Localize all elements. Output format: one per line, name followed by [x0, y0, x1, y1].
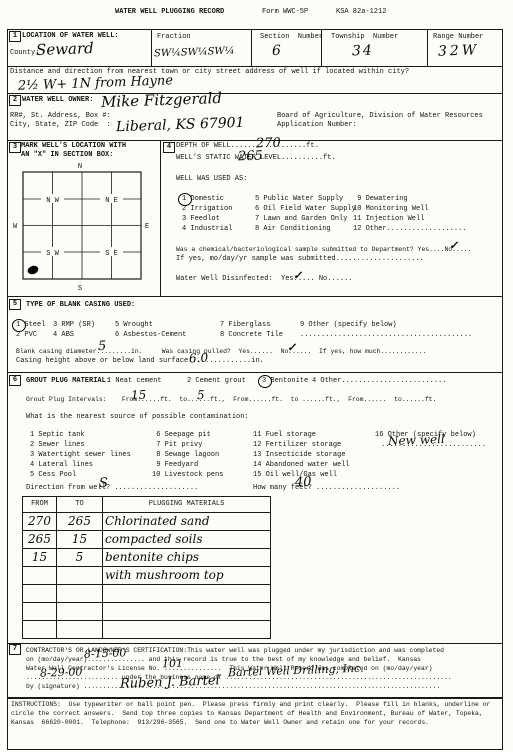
contractor-license-number: 101 [162, 658, 183, 670]
county-value: Seward [36, 41, 94, 58]
table-row [23, 621, 271, 639]
casing-option: 6 Asbestos-Cement [115, 331, 186, 340]
divider-distance [7, 93, 502, 94]
grid-lines [23, 172, 141, 279]
contam-option: 8 Sewage lagoon [152, 451, 219, 460]
contam-option: 2 Sewer lines [30, 441, 85, 450]
casing-diameter-value: 5 [98, 340, 107, 353]
divider-sec1 [7, 66, 502, 67]
contam-option: 13 Insecticide storage [253, 451, 345, 460]
circled-casing-steel [12, 319, 26, 332]
divider-sec5 [7, 372, 502, 373]
casing-option: 7 Fiberglass [220, 321, 270, 330]
quadrant-sw-label: S W [46, 250, 59, 258]
divider-sec2 [7, 140, 502, 141]
use-option: 9 Dewatering [353, 195, 408, 204]
cell-to: 265 [68, 514, 91, 528]
compass-n-label: N [78, 163, 82, 171]
casing-diameter-line: Blank casing diameter.........in. Was ca… [16, 347, 426, 356]
how-many-feet-value: 40 [295, 476, 312, 490]
sec1-cell-divider-2 [251, 29, 252, 66]
casing-other-dots: ........................................… [300, 331, 472, 340]
col-header-to: TO [57, 497, 103, 513]
form-statute: KSA 82a-1212 [336, 8, 386, 17]
use-option: 3 Feedlot [182, 215, 220, 224]
casing-option: 5 Wrought [115, 321, 153, 330]
range-number-label: Range Number [433, 33, 483, 42]
plugging-completed-date: 8-15-00 [84, 647, 127, 659]
use-option: 12 Other................... [353, 225, 466, 234]
contam-option: 14 Abandoned water well [253, 461, 350, 470]
township-number-value: 34 [352, 44, 374, 59]
table-row: 270 265 Chlorinated sand [23, 513, 271, 531]
form-number: Form WWC-5P [262, 8, 308, 17]
section4-number-box: 4 [163, 142, 175, 153]
form-title: WATER WELL PLUGGING RECORD [115, 8, 224, 17]
interval-from-value: 15 [131, 389, 147, 402]
address-label-2: City, State, ZIP Code : [10, 121, 111, 130]
contam-option: 4 Lateral lines [30, 461, 93, 470]
cell-material: bentonite chips [105, 550, 199, 564]
casing-option: 8 Concrete Tile [220, 331, 283, 340]
disinfected-yes-check: ✓ [293, 270, 303, 281]
section5-number-box: 5 [9, 299, 21, 310]
well-location-mark [26, 264, 39, 275]
casing-height-line: Casing height above or below land surfac… [16, 357, 264, 366]
grout-title: GROUT PLUG MATERIAL: [26, 377, 110, 386]
compass-w-label: W [13, 223, 18, 231]
grout-intervals-line: Grout Plug Intervals: From......ft. to..… [26, 395, 436, 404]
use-option: 10 Monitoring Well [353, 205, 429, 214]
divider-sec6 [7, 643, 502, 644]
use-option: 7 Lawn and Garden Only [255, 215, 347, 224]
static-water-level-value: 265 [238, 150, 263, 164]
contam-option: 1 Septic tank [30, 431, 85, 440]
cell-material: Chlorinated sand [105, 514, 210, 528]
signature: Ruben J. Bartel [120, 674, 220, 690]
grout-option: 2 Cement grout [187, 377, 246, 386]
sec3-sec4-divider [160, 140, 161, 296]
water-well-plugging-record-form: WATER WELL PLUGGING RECORD Form WWC-5P K… [0, 0, 513, 752]
record-completed-date: 8-29-00 [40, 666, 83, 678]
well-used-as-label: WELL WAS USED AS: [176, 175, 247, 184]
quadrant-ne-label: N E [105, 197, 118, 205]
owner-value: Mike Fitzgerald [101, 91, 222, 110]
owner-label: WATER WELL OWNER: [22, 96, 93, 105]
distance-label: Distance and direction from nearest town… [10, 68, 409, 77]
casing-option: 2 PVC [16, 331, 37, 340]
sec1-cell-divider-4 [427, 29, 428, 66]
agency-line-2: Application Number: [277, 121, 357, 130]
casing-pulled-no-check: ✓ [287, 342, 297, 353]
contam-option: 11 Fuel storage [253, 431, 316, 440]
table-row [23, 603, 271, 621]
section3-title-line1: MARK WELL'S LOCATION WITH [21, 142, 126, 151]
cell-from: 265 [28, 532, 51, 546]
chem-sample-no-check: ✓ [449, 240, 459, 251]
compass-s-label: S [78, 285, 82, 292]
chem-sample-label: Was a chemical/bacteriological sample su… [176, 245, 471, 254]
compass-e-label: E [145, 223, 149, 231]
direction-from-well-value: S [99, 477, 108, 490]
casing-option: 4 ABS [53, 331, 74, 340]
grout-option: 1 Neat cement [107, 377, 162, 386]
grout-option: 4 Other......................... [312, 377, 446, 386]
section-number-label: Section Number [260, 33, 323, 42]
cell-to: 15 [72, 532, 87, 546]
table-row [23, 585, 271, 603]
cell-material: compacted soils [105, 532, 203, 546]
contam-option: 10 Livestock pens [152, 471, 223, 480]
plugging-materials-table: FROM TO PLUGGING MATERIALS 270 265 Chlor… [22, 496, 271, 639]
how-many-feet-label: How many feet? .................... [253, 484, 400, 493]
township-number-label: Township Number [331, 33, 398, 42]
cell-from: 15 [32, 550, 47, 564]
casing-title: TYPE OF BLANK CASING USED: [26, 301, 135, 310]
contam-option: 7 Pit privy [152, 441, 202, 450]
contamination-label: What is the nearest source of possible c… [26, 413, 249, 422]
certification-line-5: by (signature) .........................… [26, 682, 440, 691]
contam-option: 9 Feedyard [152, 461, 198, 470]
casing-height-value: 6.0 [189, 352, 209, 365]
contam-option: 6 Seepage pit [152, 431, 211, 440]
sec1-cell-divider-1 [151, 29, 152, 66]
contam-option: 3 Watertight sewer lines [30, 451, 131, 460]
use-option: 5 Public Water Supply [255, 195, 343, 204]
quadrant-nw-label: N W [46, 197, 59, 205]
circled-grout-bentonite [258, 375, 272, 388]
col-header-materials: PLUGGING MATERIALS [103, 497, 271, 513]
casing-option: 3 RMP (SR) [53, 321, 95, 330]
section-number-value: 6 [272, 44, 281, 58]
divider-sec34 [7, 296, 502, 297]
use-option: 2 Irrigation [182, 205, 232, 214]
section-box-grid: N N W N E S W S E W E S [10, 158, 154, 292]
county-label: County: [10, 49, 39, 58]
circled-use-domestic [178, 193, 192, 206]
casing-option: 9 Other (specify below) [300, 321, 397, 330]
agency-line-1: Board of Agriculture, Division of Water … [277, 112, 483, 121]
cell-to: 5 [76, 550, 84, 564]
contam-other-value: New well [388, 433, 445, 447]
table-row: 15 5 bentonite chips [23, 549, 271, 567]
table-row: 265 15 compacted soils [23, 531, 271, 549]
col-header-from: FROM [23, 497, 57, 513]
table-header-row: FROM TO PLUGGING MATERIALS [23, 497, 271, 513]
section6-number-box: 6 [9, 375, 21, 386]
instructions-text: INSTRUCTIONS: Use typewriter or ball poi… [11, 700, 493, 727]
chem-if-yes-label: If yes, mo/day/yr sample was submitted..… [176, 255, 424, 264]
contam-option: 12 Fertilizer storage [253, 441, 341, 450]
interval-to-value: 5 [197, 389, 205, 401]
fraction-label: Fraction [157, 33, 191, 42]
table-row: with mushroom top [23, 567, 271, 585]
use-option: 11 Injection Well [353, 215, 424, 224]
contam-option: 5 Cess Pool [30, 471, 76, 480]
section2-number-box: 2 [9, 95, 21, 106]
direction-from-well-label: Direction from well? ...................… [26, 484, 198, 493]
use-option: 6 Oil Field Water Supply [255, 205, 356, 214]
cell-material: with mushroom top [105, 568, 224, 582]
section1-number-box: 1 [9, 31, 21, 42]
quadrant-se-label: S E [105, 250, 118, 258]
section3-number-box: 3 [9, 142, 21, 153]
use-option: 4 Industrial [182, 225, 232, 234]
range-number-value: 32W [438, 43, 480, 58]
cell-from: 270 [28, 514, 51, 528]
disinfected-label: Water Well Disinfected: Yes..... No.....… [176, 275, 352, 284]
use-option: 8 Air Conditioning [255, 225, 331, 234]
section7-number-box: 7 [9, 644, 21, 655]
address-label-1: RR#, St. Address, Box #: [10, 112, 111, 121]
